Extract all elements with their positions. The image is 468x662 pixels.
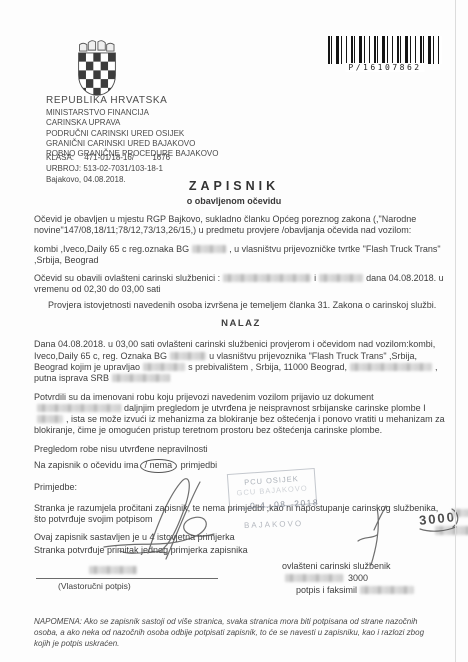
paragraph-findings-1: Dana 04.08.2018. u 03,00 sati ovlašteni … — [34, 339, 448, 384]
redacted-seal-number — [37, 415, 63, 423]
scan-edge-line — [455, 0, 456, 662]
party-signature-label: (Vlastoručni potpis) — [58, 581, 131, 592]
remarks-text: primjedbi — [181, 460, 218, 470]
redacted-party-name — [89, 566, 137, 574]
agency-header: REPUBLIKA HRVATSKA MINISTARSTVO FINANCIJ… — [46, 95, 218, 159]
remarks-text: Na zapisnik o očevidu ima — [34, 460, 139, 470]
klasa-number: 1676 — [152, 153, 170, 162]
agency-country: REPUBLIKA HRVATSKA — [46, 95, 218, 106]
findings-text: daljnjim pregledom je utvrđena je neispr… — [124, 403, 426, 413]
klasa-line: KLASA: 471-01/18-16/ 1676 — [46, 152, 170, 163]
officers-text: Očevid su obavili ovlašteni carinski slu… — [34, 273, 220, 283]
paragraph-officers: Očevid su obavili ovlašteni carinski slu… — [34, 273, 448, 296]
signature-section: (Vlastoručni potpis) ovlašteni carinski … — [34, 563, 448, 610]
redacted-passport-number — [112, 374, 170, 382]
party-signature-line — [36, 578, 218, 579]
barcode-bars — [328, 36, 442, 64]
agency-line: MINISTARSTVO FINANCIJA — [46, 108, 218, 118]
redacted-address — [350, 363, 432, 371]
barcode-text: P/16107862 — [345, 63, 424, 72]
klasa-value: 471-01/18-16/ — [84, 153, 134, 162]
paragraph-findings-2: Potvrdili su da imenovani robu koju prij… — [34, 392, 448, 437]
officer-name-row: 3000 — [282, 573, 452, 584]
redacted-officer-name — [319, 274, 363, 282]
barcode: P/16107862 — [328, 36, 442, 70]
agency-line: GRANIČNI CARINSKI URED BAJAKOVO — [46, 139, 218, 149]
officer-signature-row: potpis i faksimil — [282, 585, 452, 596]
paragraph-vehicle: kombi ,Iveco,Daily 65 c reg.oznaka BG, u… — [34, 244, 448, 267]
urbroj-line: URBROJ: 513-02-7031/103-18-1 — [46, 163, 170, 174]
redacted-reg-plate — [192, 245, 226, 253]
officers-text: i — [314, 273, 316, 283]
klasa-label: KLASA: — [46, 153, 74, 162]
section-heading-nalaz: NALAZ — [34, 318, 448, 329]
agency-line: PODRUČNI CARINSKI URED OSIJEK — [46, 129, 218, 139]
findings-text: Potvrdili su da imenovani robu koju prij… — [34, 392, 374, 402]
officer-number: 3000 — [348, 573, 368, 583]
paragraph-ocevid-intro: Očevid je obavljen u mjestu RGP Bajkovo,… — [34, 214, 448, 237]
findings-text: s prebivalištem , Srbija, 11000 Beograd, — [188, 362, 347, 372]
agency-line: CARINSKA UPRAVA — [46, 118, 218, 128]
coat-of-arms-graphic — [74, 40, 120, 98]
officer-signature-label: potpis i faksimil — [296, 585, 357, 595]
paragraph-remarks-choice: Na zapisnik o očevidu ima/ nema primjedb… — [34, 459, 448, 473]
redacted-officer-name — [285, 574, 343, 582]
officer-signature-title: ovlašteni carinski službenik — [282, 561, 452, 572]
redacted-officer-signature — [360, 586, 414, 594]
redacted-officer-name — [223, 274, 311, 282]
croatia-coat-of-arms-icon — [74, 40, 120, 98]
paragraph-copies: Ovaj zapisnik sastavljen je u 4 istovjet… — [34, 532, 448, 543]
scanned-document-page: P/16107862 REPUBLIKA HRVATSKA MINISTARST… — [0, 0, 468, 662]
redacted-driver-name — [143, 363, 185, 371]
circled-nema-option: / nema — [140, 459, 178, 473]
document-title: ZAPISNIK — [0, 179, 468, 193]
document-subtitle: o obavljenom očevidu — [0, 196, 468, 206]
redacted-document-number — [37, 404, 121, 412]
document-body: Očevid je obavljen u mjestu RGP Bajkovo,… — [34, 214, 448, 649]
officer-signature-block: ovlašteni carinski službenik 3000 potpis… — [282, 561, 452, 597]
paragraph-identity-check: Provjera istovjetnosti navedenih osoba i… — [34, 300, 448, 311]
footnote-napomena: NAPOMENA: Ako se zapisnik sastoji od viš… — [34, 616, 438, 649]
redacted-handwriting — [435, 526, 468, 535]
redacted-reg-plate — [170, 352, 206, 360]
paragraph-receipt: Stranka potvrđuje primitak jednog primje… — [34, 545, 448, 556]
paragraph-goods-check: Pregledom robe nisu utvrđene nepravilnos… — [34, 444, 448, 455]
findings-text: , ista se može izvući iz mehanizma za bl… — [34, 414, 445, 435]
vehicle-text: kombi ,Iveco,Daily 65 c reg.oznaka BG — [34, 244, 189, 254]
title-block: ZAPISNIK o obavljenom očevidu — [0, 179, 468, 206]
